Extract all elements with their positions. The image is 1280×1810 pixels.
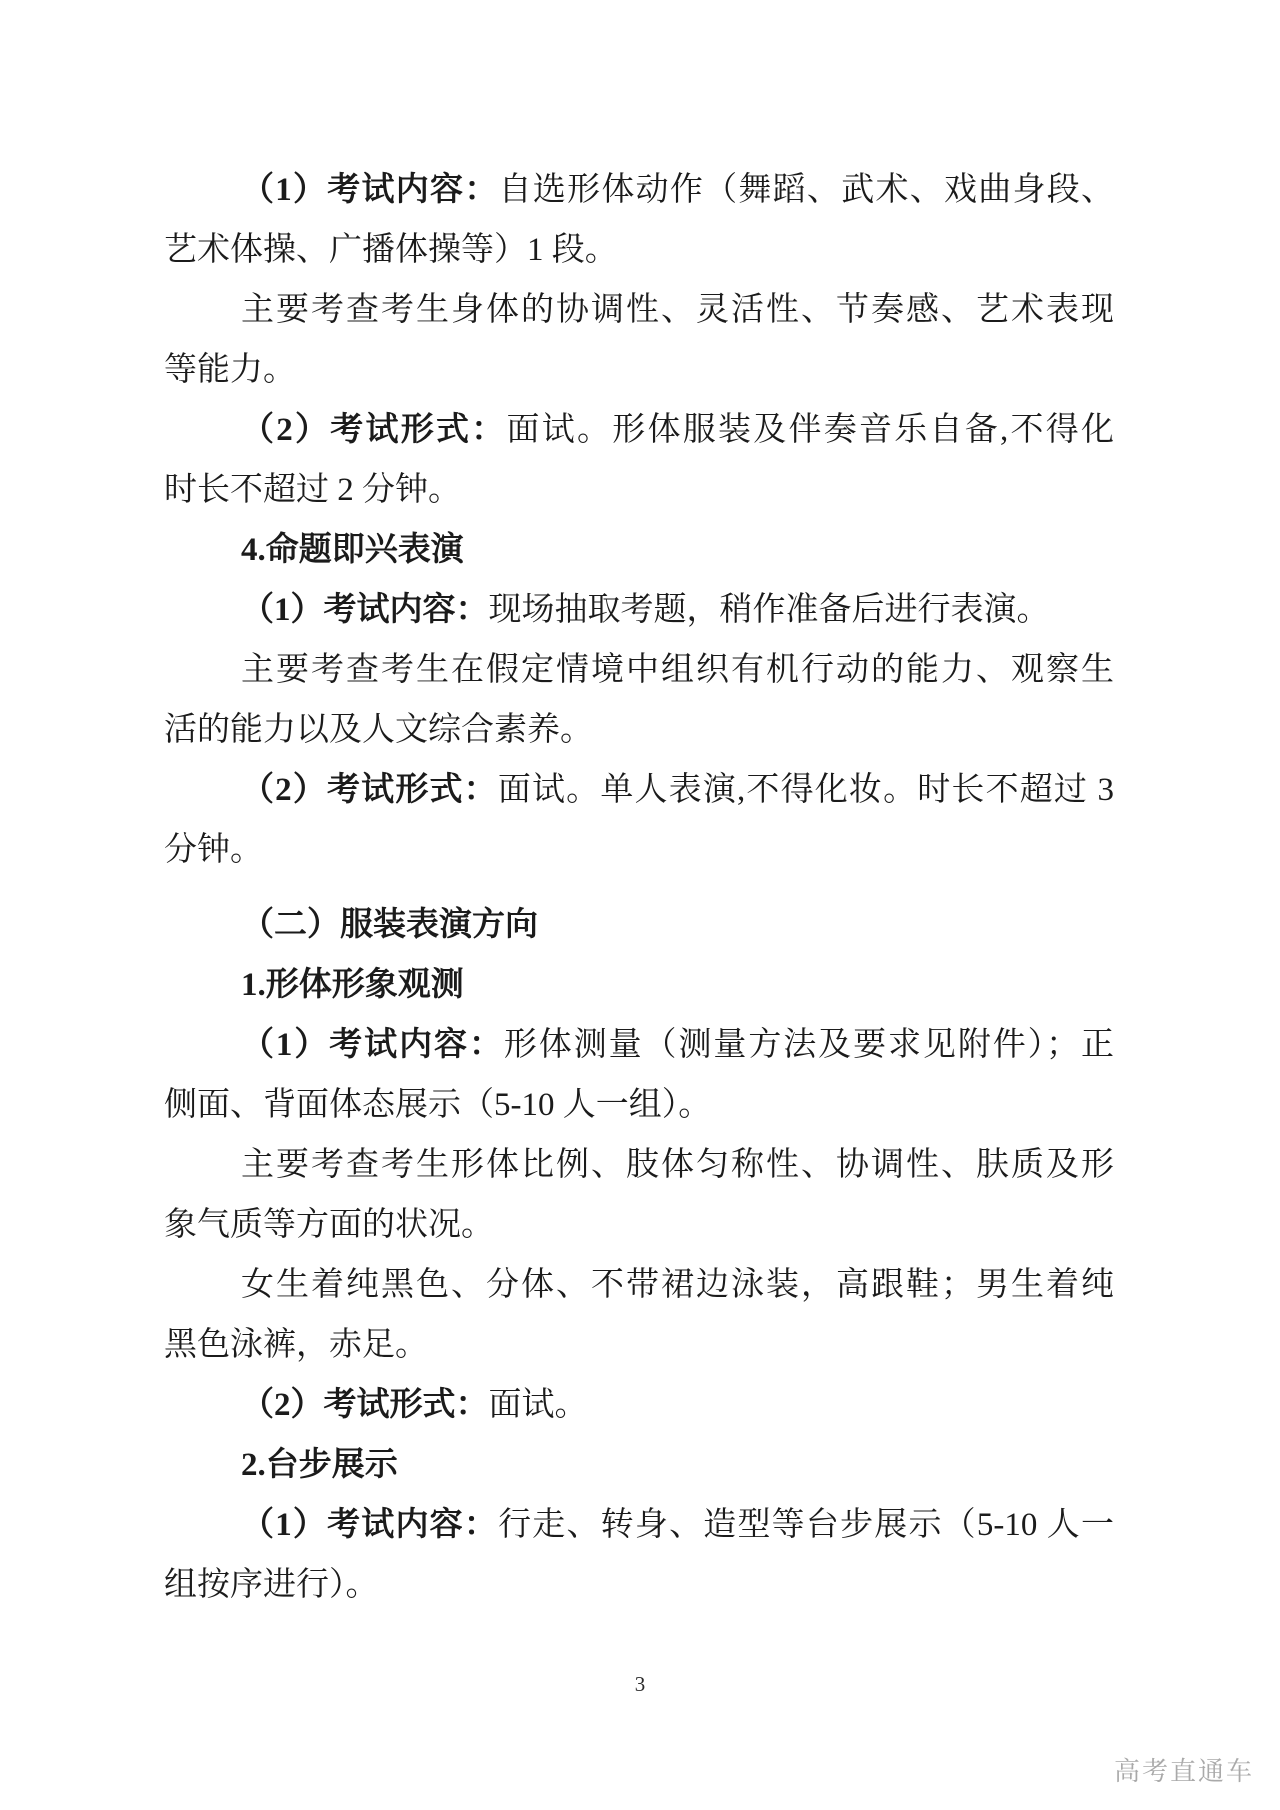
text-run: 等能力。: [164, 352, 296, 388]
text-line: 时长不超过 2 分钟。: [164, 460, 1114, 520]
text-run: 侧面、背面体态展示（5-10 人一组）。: [164, 1087, 711, 1123]
paragraph-body-observation-purpose: 主要考查考生形体比例、肢体匀称性、协调性、肤质及形象气质等方面的状况。: [164, 1135, 1114, 1255]
paragraph-heading-body-observation: 1.形体形象观测: [164, 955, 1114, 1015]
paragraph-body-observation-format: （2）考试形式：面试。: [164, 1375, 1114, 1435]
text-run: 行走、转身、造型等台步展示（5-10 人一: [498, 1507, 1114, 1543]
text-run-bold: （2）考试形式：: [241, 412, 507, 448]
text-line: 2.台步展示: [164, 1435, 1114, 1495]
text-run-bold: （1）考试内容：: [241, 172, 499, 208]
text-run-bold: （2）考试形式：: [241, 1387, 489, 1423]
text-line: 主要考查考生在假定情境中组织有机行动的能力、观察生: [164, 640, 1114, 700]
text-line: 黑色泳裤，赤足。: [164, 1315, 1114, 1375]
text-run-bold: 2.台步展示: [241, 1447, 398, 1483]
paragraph-physical-skill-content: （1）考试内容：自选形体动作（舞蹈、武术、戏曲身段、艺术体操、广播体操等）1 段…: [164, 160, 1114, 280]
text-line: 象气质等方面的状况。: [164, 1195, 1114, 1255]
text-line: 等能力。: [164, 340, 1114, 400]
text-run-bold: 4.命题即兴表演: [241, 532, 464, 568]
text-line: 艺术体操、广播体操等）1 段。: [164, 220, 1114, 280]
text-run-bold: （二）服装表演方向: [241, 907, 538, 943]
text-run-bold: （2）考试形式：: [241, 772, 498, 808]
text-line: （1）考试内容：行走、转身、造型等台步展示（5-10 人一: [164, 1495, 1114, 1555]
text-run: 黑色泳裤，赤足。: [164, 1327, 428, 1363]
text-run: 组按序进行）。: [164, 1567, 379, 1603]
text-run: 艺术体操、广播体操等）1 段。: [164, 232, 618, 268]
text-line: （2）考试形式：面试。形体服装及伴奏音乐自备,不得化妆。: [164, 400, 1114, 460]
paragraph-physical-skill-purpose: 主要考查考生身体的协调性、灵活性、节奏感、艺术表现等能力。: [164, 280, 1114, 400]
text-run: 自选形体动作（舞蹈、武术、戏曲身段、: [499, 172, 1114, 208]
text-run: 主要考查考生形体比例、肢体匀称性、协调性、肤质及形: [241, 1147, 1114, 1183]
text-run: 主要考查考生身体的协调性、灵活性、节奏感、艺术表现: [241, 292, 1114, 328]
paragraph-catwalk-content: （1）考试内容：行走、转身、造型等台步展示（5-10 人一组按序进行）。: [164, 1495, 1114, 1615]
document-content: （1）考试内容：自选形体动作（舞蹈、武术、戏曲身段、艺术体操、广播体操等）1 段…: [164, 160, 1114, 1615]
text-run: 面试。: [489, 1387, 588, 1423]
text-line: 4.命题即兴表演: [164, 520, 1114, 580]
text-run: 女生着纯黑色、分体、不带裙边泳装，高跟鞋；男生着纯: [241, 1267, 1114, 1303]
paragraph-heading-improvisation: 4.命题即兴表演: [164, 520, 1114, 580]
page-number: 3: [0, 1672, 1280, 1697]
paragraph-heading-catwalk: 2.台步展示: [164, 1435, 1114, 1495]
text-run: 主要考查考生在假定情境中组织有机行动的能力、观察生: [241, 652, 1114, 688]
text-run: 分钟。: [164, 832, 263, 868]
text-run-bold: 1.形体形象观测: [241, 967, 464, 1003]
paragraph-improvisation-format: （2）考试形式：面试。单人表演,不得化妆。时长不超过 3分钟。: [164, 760, 1114, 880]
text-line: （2）考试形式：面试。单人表演,不得化妆。时长不超过 3: [164, 760, 1114, 820]
text-line: 侧面、背面体态展示（5-10 人一组）。: [164, 1075, 1114, 1135]
text-line: 主要考查考生身体的协调性、灵活性、节奏感、艺术表现: [164, 280, 1114, 340]
text-line: 活的能力以及人文综合素养。: [164, 700, 1114, 760]
text-run-bold: （1）考试内容：: [241, 1027, 504, 1063]
text-run-bold: （1）考试内容：: [241, 592, 489, 628]
document-page: （1）考试内容：自选形体动作（舞蹈、武术、戏曲身段、艺术体操、广播体操等）1 段…: [0, 0, 1280, 1810]
text-line: 女生着纯黑色、分体、不带裙边泳装，高跟鞋；男生着纯: [164, 1255, 1114, 1315]
paragraph-section-heading-fashion-show: （二）服装表演方向: [164, 895, 1114, 955]
text-line: 1.形体形象观测: [164, 955, 1114, 1015]
text-line: （二）服装表演方向: [164, 895, 1114, 955]
text-run: 面试。单人表演,不得化妆。时长不超过 3: [498, 772, 1114, 808]
text-run: 时长不超过 2 分钟。: [164, 472, 461, 508]
watermark: 高考直通车: [1114, 1751, 1254, 1788]
text-run: 活的能力以及人文综合素养。: [164, 712, 593, 748]
text-run: 现场抽取考题，稍作准备后进行表演。: [489, 592, 1050, 628]
text-line: （1）考试内容：现场抽取考题，稍作准备后进行表演。: [164, 580, 1114, 640]
paragraph-physical-skill-format: （2）考试形式：面试。形体服装及伴奏音乐自备,不得化妆。时长不超过 2 分钟。: [164, 400, 1114, 520]
paragraph-body-observation-content: （1）考试内容：形体测量（测量方法及要求见附件）；正面、侧面、背面体态展示（5-…: [164, 1015, 1114, 1135]
text-run: 象气质等方面的状况。: [164, 1207, 494, 1243]
text-line: 分钟。: [164, 820, 1114, 880]
text-line: （2）考试形式：面试。: [164, 1375, 1114, 1435]
text-line: 主要考查考生形体比例、肢体匀称性、协调性、肤质及形: [164, 1135, 1114, 1195]
text-run-bold: （1）考试内容：: [241, 1507, 498, 1543]
paragraph-improvisation-content: （1）考试内容：现场抽取考题，稍作准备后进行表演。: [164, 580, 1114, 640]
paragraph-body-observation-dress-code: 女生着纯黑色、分体、不带裙边泳装，高跟鞋；男生着纯黑色泳裤，赤足。: [164, 1255, 1114, 1375]
text-line: （1）考试内容：自选形体动作（舞蹈、武术、戏曲身段、: [164, 160, 1114, 220]
text-line: 组按序进行）。: [164, 1555, 1114, 1615]
text-line: （1）考试内容：形体测量（测量方法及要求见附件）；正面、: [164, 1015, 1114, 1075]
paragraph-improvisation-purpose: 主要考查考生在假定情境中组织有机行动的能力、观察生活的能力以及人文综合素养。: [164, 640, 1114, 760]
